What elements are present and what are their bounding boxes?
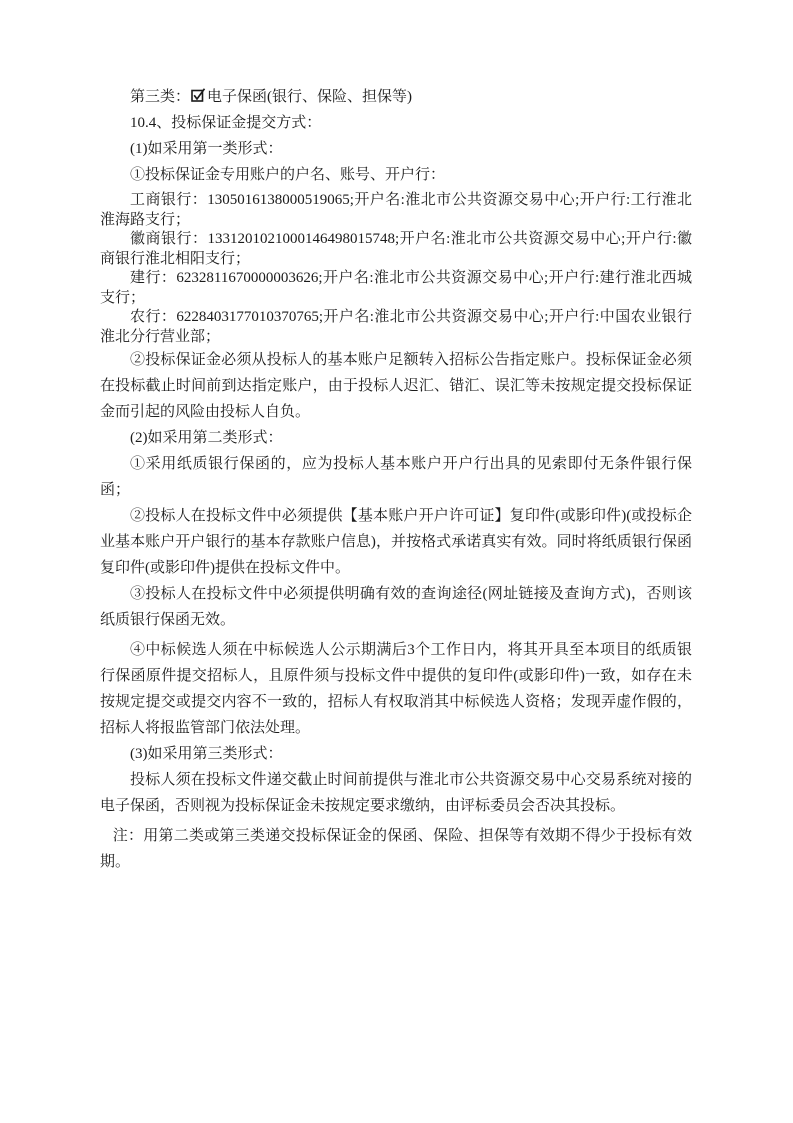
note-line: 注：用第二类或第三类递交投标保证金的保函、保险、担保等有效期不得少于投标有效期。 bbox=[100, 823, 692, 875]
form2-item-2: ②投标人在投标文件中必须提供【基本账户开户许可证】复印件(或影印件)(或投标企业… bbox=[100, 503, 692, 581]
class3-prefix: 第三类： bbox=[130, 89, 190, 105]
bank-account-ccb: 建行：6232811670000003626;开户名:淮北市公共资源交易中心;开… bbox=[100, 269, 692, 308]
form2-heading: (2)如采用第二类形式： bbox=[100, 425, 692, 451]
class3-label: 电子保函(银行、保险、担保等) bbox=[207, 89, 412, 105]
form2-item-4: ④中标候选人须在中标候选人公示期满后3个工作日内，将其开具至本项目的纸质银行保函… bbox=[100, 637, 692, 741]
form1-transfer-rule: ②投标保证金必须从投标人的基本账户足额转入招标公告指定账户。投标保证金必须在投标… bbox=[100, 347, 692, 425]
form1-heading: (1)如采用第一类形式： bbox=[100, 136, 692, 162]
form1-account-intro: ①投标保证金专用账户的户名、账号、开户行： bbox=[100, 162, 692, 188]
bank-account-huishang: 徽商银行：1331201021000146498015748;开户名:淮北市公共… bbox=[100, 230, 692, 269]
form2-item-3: ③投标人在投标文件中必须提供明确有效的查询途径(网址链接及查询方式)，否则该纸质… bbox=[100, 581, 692, 633]
clause-heading: 10.4、投标保证金提交方式： bbox=[100, 110, 692, 136]
class3-guarantee-line: 第三类：电子保函(银行、保险、担保等) bbox=[100, 84, 692, 110]
form3-body: 投标人须在投标文件递交截止时间前提供与淮北市公共资源交易中心交易系统对接的电子保… bbox=[100, 767, 692, 819]
bank-account-icbc: 工商银行：1305016138000519065;开户名:淮北市公共资源交易中心… bbox=[100, 191, 692, 230]
bank-account-list: 工商银行：1305016138000519065;开户名:淮北市公共资源交易中心… bbox=[100, 191, 692, 347]
form2-item-1: ①采用纸质银行保函的，应为投标人基本账户开户行出具的见索即付无条件银行保函； bbox=[100, 451, 692, 503]
document-page: 第三类：电子保函(银行、保险、担保等) 10.4、投标保证金提交方式： (1)如… bbox=[0, 0, 793, 1123]
bank-account-abc: 农行：6228403177010370765;开户名:淮北市公共资源交易中心;开… bbox=[100, 308, 692, 347]
checked-checkbox-icon bbox=[191, 88, 206, 102]
form3-heading: (3)如采用第三类形式： bbox=[100, 741, 692, 767]
